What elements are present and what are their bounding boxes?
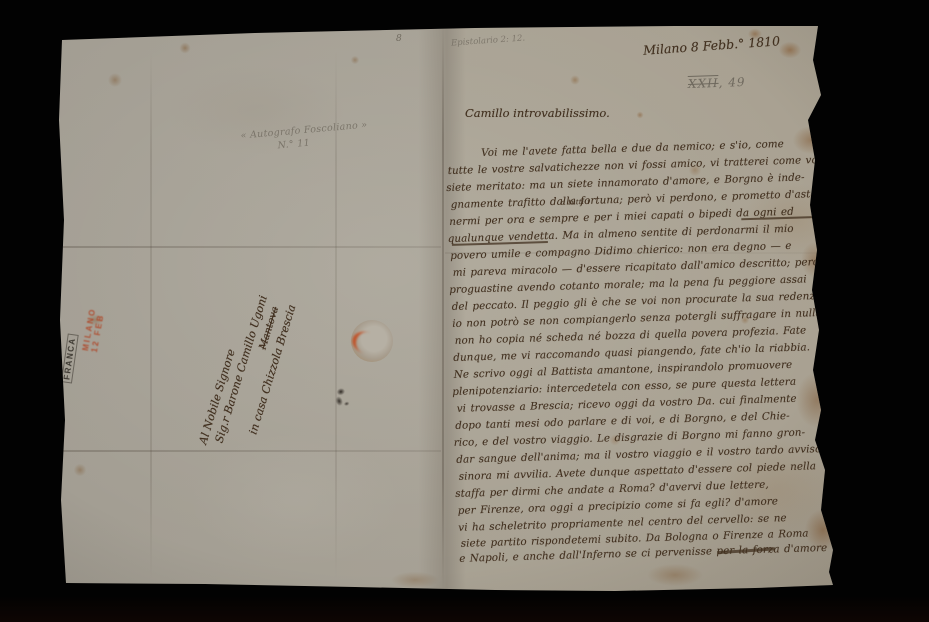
left-fold-crease [150, 50, 152, 580]
catalog-arabic: , 49 [718, 75, 745, 90]
catalog-mark: XXII, 49 [688, 75, 746, 91]
salutation: Camillo introvabilissimo. [465, 106, 610, 120]
interline-insertion: a tutti i [560, 194, 589, 212]
red-postmark: MILANO 12 FEB [81, 307, 106, 353]
letter-body: Voi me l'avete fatta bella e due da nemi… [447, 135, 839, 567]
ink-postmark-smudge [329, 384, 354, 412]
upper-horizontal-crease [61, 246, 441, 248]
boxed-postmark: FRANCA [61, 334, 79, 384]
collection-pencil-note: « Autografo Foscoliano » N.° 11 [240, 119, 369, 156]
dateline: Milano 8 Febb.° 1810 [643, 33, 781, 58]
seal-stain [351, 320, 393, 362]
letter-sheet: « Autografo Foscoliano » N.° 11 Al Nobil… [55, 20, 845, 608]
catalog-roman: XXII [688, 76, 719, 91]
archival-pencil-ref: Epistolario 2: 12. [451, 33, 526, 48]
page-number: 8 [396, 34, 402, 44]
address-block: Al Nobile Signore Sig.r Barone Camillo U… [195, 201, 326, 460]
center-fold-crease [442, 24, 444, 590]
photo-stage: « Autografo Foscoliano » N.° 11 Al Nobil… [0, 0, 929, 622]
